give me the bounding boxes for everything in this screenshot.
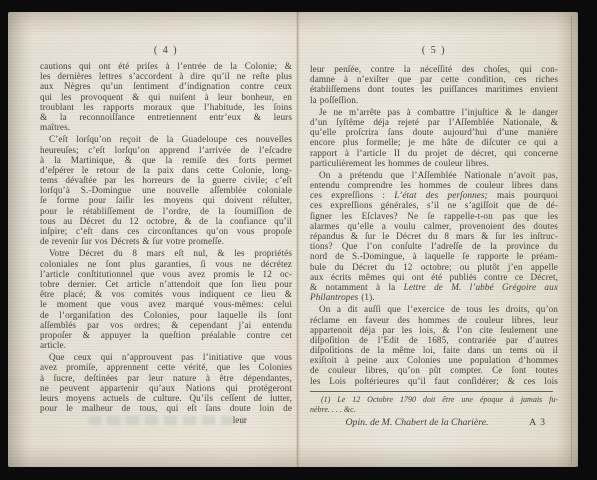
text-line: bule du Décret du 12 octobre; ou plutôt … (310, 262, 558, 272)
page-left: ( 4 ) cautions qui ont été priſes à l’en… (40, 12, 292, 467)
text-line: établiſſemens dont toutes les puiſſances… (310, 84, 558, 94)
text-line: les dernières lettres s’accordent à dire… (40, 71, 292, 81)
book-spread: ( 4 ) cautions qui ont été priſes à l’en… (8, 12, 578, 467)
page-number-left: ( 4 ) (40, 45, 292, 58)
text-line: le moment que vous avez marqué vous-même… (40, 299, 292, 309)
text-line: On a prétendu que l’Aſſemblée Nationale … (310, 170, 558, 180)
text-line: leur penſée, contre la néceſſité des cho… (310, 64, 558, 74)
page-number-right: ( 5 ) (310, 45, 558, 58)
text-line: ne peuvent appartenir qu’aux Nations qui… (40, 383, 292, 393)
page-gutter-fold (296, 12, 300, 467)
text-line: pour le rétabliſſement de l’ordre, de la… (40, 206, 292, 216)
text-line: rapport à l’article II du projet de décr… (310, 148, 558, 158)
text-line: aux Nègres qu’un ſentiment d’indignation… (40, 81, 292, 91)
text-line: tems dévaſtée par les horreurs de la gue… (40, 175, 292, 185)
text-line: d’un ſyſtême déja rejeté par l’Aſſemblée… (310, 117, 558, 127)
text-line: diſpoſitions de la même loi, faite dans … (310, 345, 558, 355)
text-line: la poſſeſſion. (310, 95, 558, 105)
text-line: article. (40, 340, 292, 350)
text-line: appartenoit déja par les lois, & l’on ci… (310, 325, 558, 335)
page-edge-right (571, 16, 572, 463)
text-line: réclame en faveur des hommes de couleur … (310, 315, 558, 325)
text-line: leurs moyens actuels de culture. Qu’ils … (40, 393, 292, 403)
text-line: à ſucre, deſtinées par leur nature à êtr… (40, 373, 292, 383)
page-right-text: leur penſée, contre la néceſſité des cho… (310, 64, 558, 386)
text-line: tous au Décret du 12 octobre, & de la co… (40, 216, 292, 226)
text-line: encore plus formelle; je me hâte de diſc… (310, 137, 558, 147)
book-scan: ( 4 ) cautions qui ont été priſes à l’en… (0, 0, 597, 480)
text-line: alarmes qu’elle a voulu calmer, provenoi… (310, 221, 558, 231)
text-line: ces expreſſions : L’état des perſonnes; … (310, 190, 558, 200)
text-line: entendu comprendre les hommes de couleur… (310, 180, 558, 190)
text-line: qui les provoquent & qui nuiſent à leur … (40, 92, 292, 102)
text-line: tobre dernier. Cet article n’attendoit q… (40, 279, 292, 289)
text-line: à la Martinique, & que la remiſe des for… (40, 155, 292, 165)
text-line: aux écrits mêmes qui ont été publiés con… (310, 272, 558, 282)
text-line: On a dit auſſi que l’exercice de tous le… (310, 304, 558, 314)
footnote-line: nèbre. . . . &c. (310, 405, 558, 415)
text-line: heureuſes; c’eſt lorſqu’on apprend l’arr… (40, 145, 292, 155)
text-line: damne à n’exiſter que par cette conditio… (310, 74, 558, 84)
text-line: propoſer & appuyer la queſtion préalable… (40, 330, 292, 340)
text-line: pour le malheur de tous, qui eſt ſans do… (40, 403, 292, 413)
page-right: ( 5 ) leur penſée, contre la néceſſité d… (310, 12, 558, 467)
signature-line: Opin. de M. Chabert de la Charière. (310, 417, 524, 429)
text-line: maîtres. (40, 122, 292, 132)
footnote-line: (1) Le 12 Octobre 1790 doit être une épo… (310, 395, 558, 405)
text-line: troublant les rapports moraux que l’habi… (40, 102, 292, 112)
text-line: inſpire; c’eſt dans ces circonſtances qu… (40, 226, 292, 236)
signature-row: Opin. de M. Chabert de la Charière. A 3 (310, 417, 558, 430)
text-line: particulièrement les hommes de couleur l… (310, 158, 558, 168)
text-line: les Lois poſtérieures qu’il faut conſidé… (310, 376, 558, 386)
text-line: de couleur libres, qu’on pût compter. Ce… (310, 365, 558, 375)
text-line: C’eſt lorſqu’on reçoit de la Guadeloupe … (40, 134, 292, 144)
text-line: d’eſpérer le retour de la paix dans cett… (40, 165, 292, 175)
text-line: ſe forme pour ſaiſir les moyens qui doiv… (40, 195, 292, 205)
text-line: Je ne m’arrête pas à combattre l’injuſti… (310, 107, 558, 117)
text-line: & la reconnoiſſance entretiennent entr’e… (40, 112, 292, 122)
text-line: avez promiſe, apprennent cette vérité, q… (40, 362, 292, 372)
text-line: nord de S.-Domingue, à laquelle ſe rappo… (310, 251, 558, 261)
gathering-mark: A 3 (529, 417, 546, 429)
text-line: lorſqu’à S.-Domingue une nouvelle aſſemb… (40, 185, 292, 195)
text-line: cautions qui ont été priſes à l’entrée d… (40, 61, 292, 71)
text-line: de l’organiſation des Colonies, pour laq… (40, 310, 292, 320)
catchword: leur (40, 415, 292, 425)
text-line: coloniales ne ſont plus garanties, ſi vo… (40, 259, 292, 269)
footnote-rule (310, 391, 553, 393)
text-line: Votre Décret du 8 mars eſt nul, & les pr… (40, 248, 292, 258)
text-line: ſigner les Eſclaves? Ne ſe rappelle-t-on… (310, 211, 558, 221)
text-line: exiſtoit à peine aux Colonies une popula… (310, 355, 558, 365)
text-line: diſpoſition de l’Edit de 1685, contrarié… (310, 335, 558, 345)
page-left-text: cautions qui ont été priſes à l’entrée d… (40, 61, 292, 413)
text-line: de revenir ſur vos Décrets & ſur votre p… (40, 236, 292, 246)
text-line: Que ceux qui n’approuvent pas l’initiati… (40, 352, 292, 362)
text-line: être placé; & vos comités vous indiquent… (40, 289, 292, 299)
text-line: qu’elle proſcrira ſans doute aujourd’hui… (310, 127, 558, 137)
text-line: ces expreſſions générales, s’il ne s’agi… (310, 200, 558, 210)
text-line: aſſemblés par vos ordres; & cependant j’… (40, 320, 292, 330)
footnote: (1) Le 12 Octobre 1790 doit être une épo… (310, 395, 558, 414)
text-line: répandus & ſur le Décret du 8 mars & ſur… (310, 231, 558, 241)
text-line: l’article conſtitutionnel que vous avez … (40, 269, 292, 279)
text-line: Philantropes (1). (310, 292, 558, 302)
text-line: tions? Que l’on conſulte l’adreſſe de la… (310, 241, 558, 251)
text-line: & notamment à la Lettre de M. l’abbé Gré… (310, 282, 558, 292)
